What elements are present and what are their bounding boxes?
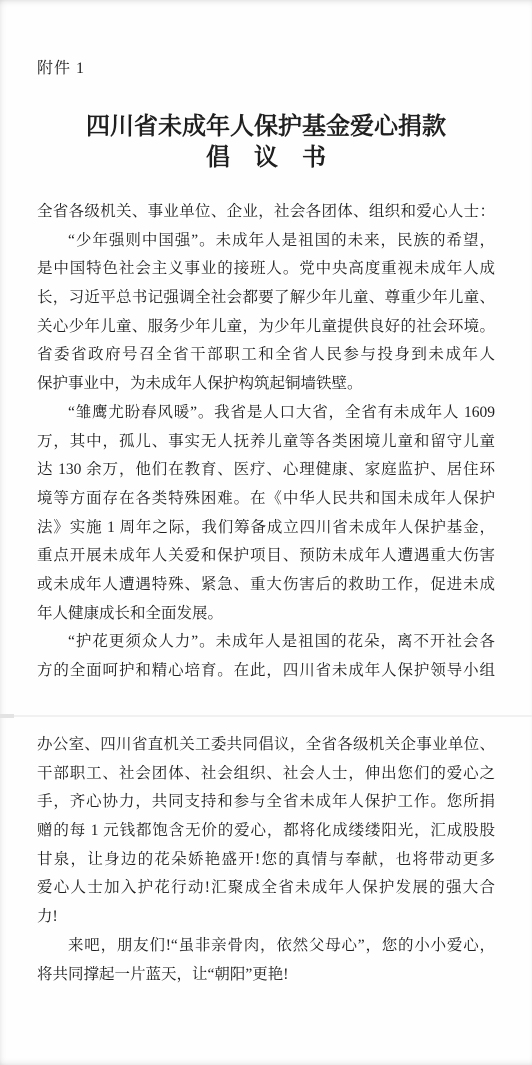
body-line: 方的全面呵护和精心培育。在此，四川省未成年人保护领导小组 bbox=[37, 657, 495, 686]
body-line: 干部职工、社会团体、社会组织、社会人士，伸出您们的爱心之 bbox=[37, 760, 495, 789]
body-line: 赠的每 1 元钱都饱含无价的爱心，都将化成缕缕阳光，汇成股股 bbox=[37, 817, 495, 846]
body-line: 法》实施 1 周年之际，我们筹备成立四川省未成年人保护基金， bbox=[37, 514, 495, 543]
body-line: 重点开展未成年人关爱和保护项目、预防未成年人遭遇重大伤害 bbox=[37, 542, 495, 571]
body-line: 爱心人士加入护花行动!汇聚成全省未成年人保护发展的强大合 bbox=[37, 874, 495, 903]
document-title-line2: 倡 议 书 bbox=[0, 143, 532, 174]
body-line: 甘泉，让身边的花朵娇艳盛开!您的真情与奉献，也将带动更多 bbox=[37, 846, 495, 875]
body-line: 省委省政府号召全省干部职工和全省人民参与投身到未成年人 bbox=[37, 341, 495, 370]
body-line: 来吧，朋友们!“虽非亲骨肉，依然父母心”，您的小小爱心， bbox=[37, 932, 495, 961]
body-line: 全省各级机关、事业单位、企业，社会各团体、组织和爱心人士： bbox=[37, 198, 495, 227]
body-line: 万，其中，孤儿、事实无人抚养儿童等各类困境儿童和留守儿童 bbox=[37, 428, 495, 457]
body-line: “护花更须众人力”。未成年人是祖国的花朵，离不开社会各 bbox=[37, 628, 495, 657]
page2-body: 办公室、四川省直机关工委共同倡议，全省各级机关企事业单位、 干部职工、社会团体、… bbox=[37, 731, 495, 989]
body-line: 手，齐心协力，共同支持和参与全省未成年人保护工作。您所捐 bbox=[37, 788, 495, 817]
body-line: 年人健康成长和全面发展。 bbox=[37, 600, 495, 629]
document-title: 四川省未成年人保护基金爱心捐款 倡 议 书 bbox=[0, 112, 532, 174]
attachment-label: 附件 1 bbox=[37, 55, 85, 78]
body-line: 关心少年儿童、服务少年儿童，为少年儿童提供良好的社会环境。 bbox=[37, 313, 495, 342]
body-line: 办公室、四川省直机关工委共同倡议，全省各级机关企事业单位、 bbox=[37, 731, 495, 760]
body-line: 是中国特色社会主义事业的接班人。党中央高度重视未成年人成 bbox=[37, 255, 495, 284]
body-line: 或未成年人遭遇特殊、紧急、重大伤害后的救助工作，促进未成 bbox=[37, 571, 495, 600]
body-line: “少年强则中国强”。未成年人是祖国的未来，民族的希望， bbox=[37, 227, 495, 256]
body-line: 保护事业中，为未成年人保护构筑起铜墙铁壁。 bbox=[37, 370, 495, 399]
page-break-seam bbox=[0, 715, 532, 717]
body-line: 境等方面存在各类特殊困难。在《中华人民共和国未成年人保护 bbox=[37, 485, 495, 514]
body-line: 长，习近平总书记强调全社会都要了解少年儿童、尊重少年儿童、 bbox=[37, 284, 495, 313]
document-page: 附件 1 四川省未成年人保护基金爱心捐款 倡 议 书 全省各级机关、事业单位、企… bbox=[0, 0, 532, 1065]
document-title-line1: 四川省未成年人保护基金爱心捐款 bbox=[0, 112, 532, 143]
body-line: 力! bbox=[37, 903, 495, 932]
body-line: “雏鹰尤盼春风暖”。我省是人口大省，全省有未成年人 1609 bbox=[37, 399, 495, 428]
body-line: 将共同撑起一片蓝天，让“朝阳”更艳! bbox=[37, 961, 495, 990]
page1-body: 全省各级机关、事业单位、企业，社会各团体、组织和爱心人士： “少年强则中国强”。… bbox=[37, 198, 495, 686]
body-line: 达 130 余万，他们在教育、医疗、心理健康、家庭监护、居住环 bbox=[37, 456, 495, 485]
